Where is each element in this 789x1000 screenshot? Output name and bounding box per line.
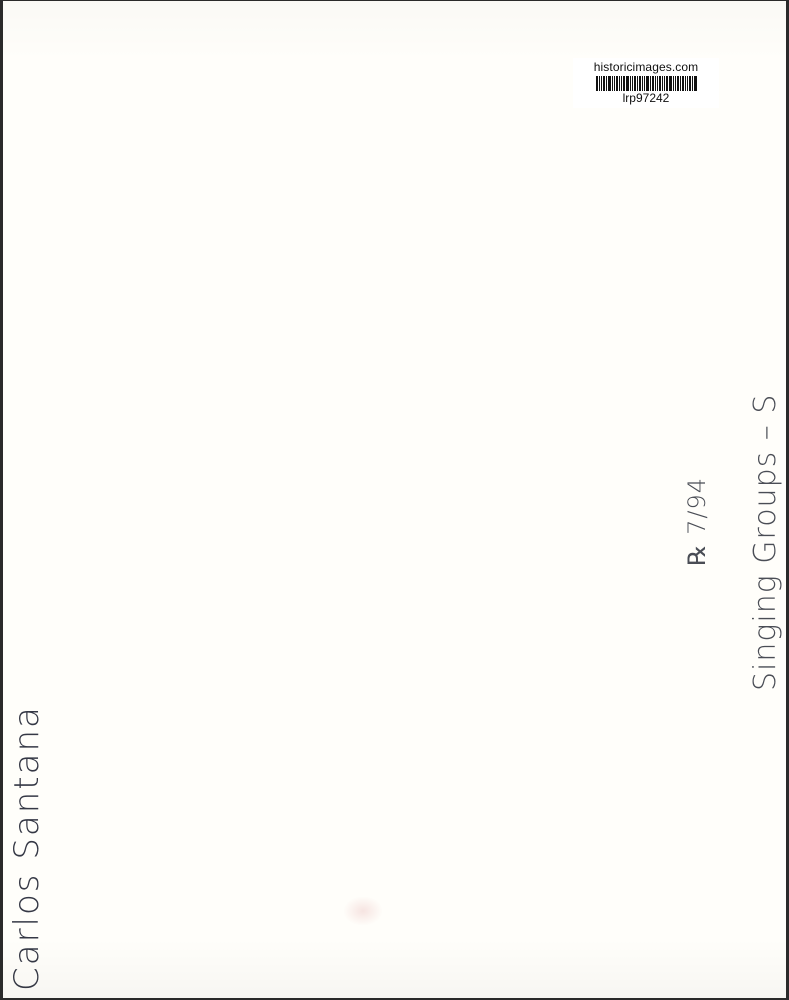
- handwritten-category: Singing Groups – S: [748, 394, 783, 691]
- handwritten-name: Carlos Santana: [7, 705, 47, 991]
- label-site: historicimages.com: [573, 60, 719, 74]
- handwritten-date: ℞ 7/94: [683, 477, 711, 566]
- barcode-icon: [587, 76, 705, 91]
- archive-label: historicimages.com lrp97242: [573, 58, 719, 108]
- label-code: lrp97242: [573, 92, 719, 104]
- paper-stain: [343, 896, 383, 926]
- photo-back: historicimages.com lrp97242 ℞ 7/94 Singi…: [3, 1, 786, 998]
